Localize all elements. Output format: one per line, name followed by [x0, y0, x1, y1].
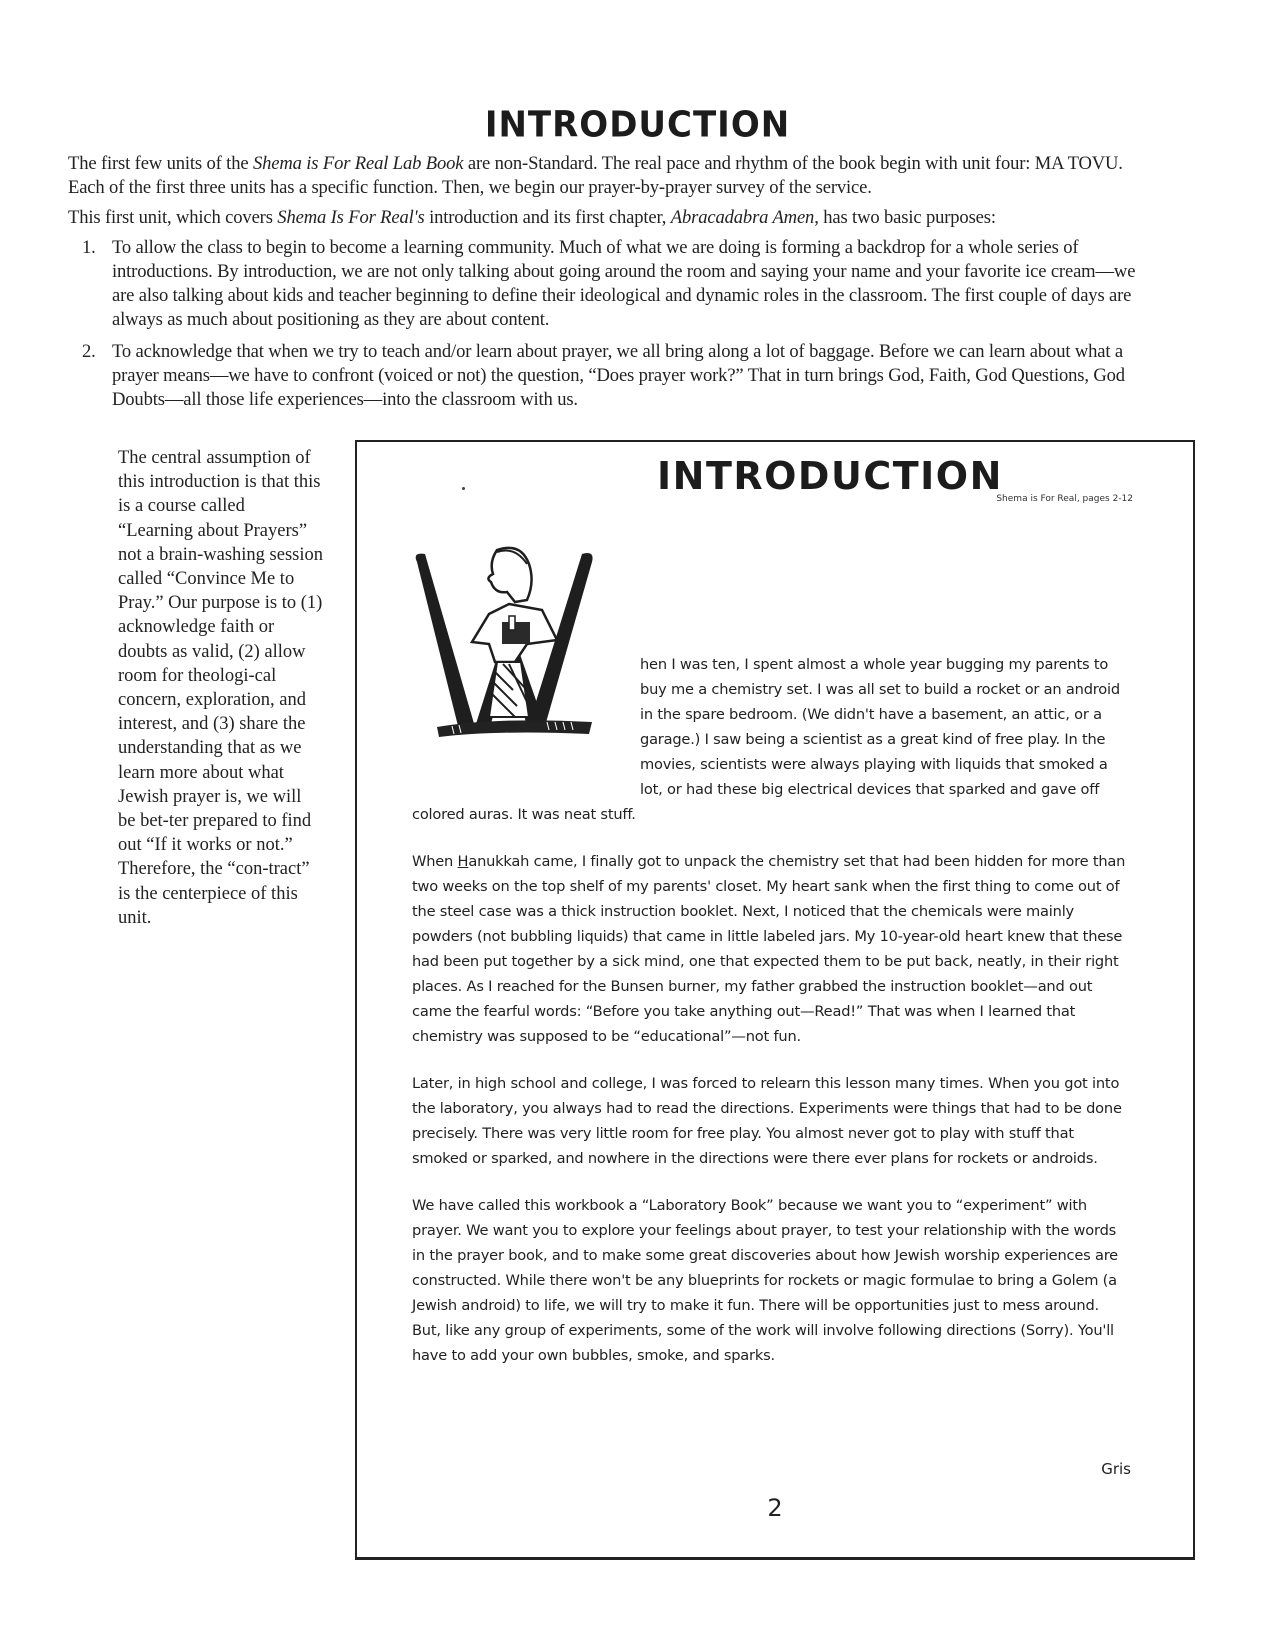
excerpt-story: hen I was ten, I spent almost a whole ye…: [412, 652, 1132, 1390]
intro-section: The first few units of the Shema is For …: [68, 152, 1148, 420]
purpose-text: To allow the class to begin to become a …: [112, 237, 1135, 330]
dropcap-spacer: [412, 652, 640, 782]
story-paragraph-3: Later, in high school and college, I was…: [412, 1071, 1132, 1171]
stray-dot: [462, 487, 465, 490]
teacher-sidebar-note: The central assumption of this introduct…: [118, 446, 323, 930]
intro-paragraph-1: The first few units of the Shema is For …: [68, 152, 1148, 200]
purpose-number: 2.: [82, 340, 96, 364]
purpose-item: 1. To allow the class to begin to become…: [68, 236, 1148, 332]
excerpt-source: Shema is For Real, pages 2-12: [996, 494, 1133, 504]
page-number: 2: [357, 1494, 1193, 1522]
page-title: INTRODUCTION: [0, 104, 1275, 146]
author-signature: Gris: [1101, 1460, 1131, 1478]
purpose-list: 1. To allow the class to begin to become…: [68, 236, 1148, 412]
story-paragraph-2: When Hanukkah came, I finally got to unp…: [412, 849, 1132, 1049]
purpose-number: 1.: [82, 236, 96, 260]
book-reference: Shema Is For Real's: [277, 207, 424, 228]
book-title: Shema is For Real Lab Book: [253, 153, 463, 174]
purpose-text: To acknowledge that when we try to teach…: [112, 341, 1125, 410]
excerpt-title: INTRODUCTION: [657, 454, 1003, 498]
lab-book-excerpt-box: INTRODUCTION Shema is For Real, pages 2-…: [355, 440, 1195, 1560]
story-paragraph-1: hen I was ten, I spent almost a whole ye…: [412, 652, 1132, 827]
chapter-reference: Abracadabra Amen: [671, 207, 814, 228]
purpose-item: 2. To acknowledge that when we try to te…: [68, 340, 1148, 412]
intro-paragraph-2: This first unit, which covers Shema Is F…: [68, 206, 1148, 230]
story-paragraph-4: We have called this workbook a “Laborato…: [412, 1193, 1132, 1368]
transliteration-mark: H: [458, 853, 469, 870]
